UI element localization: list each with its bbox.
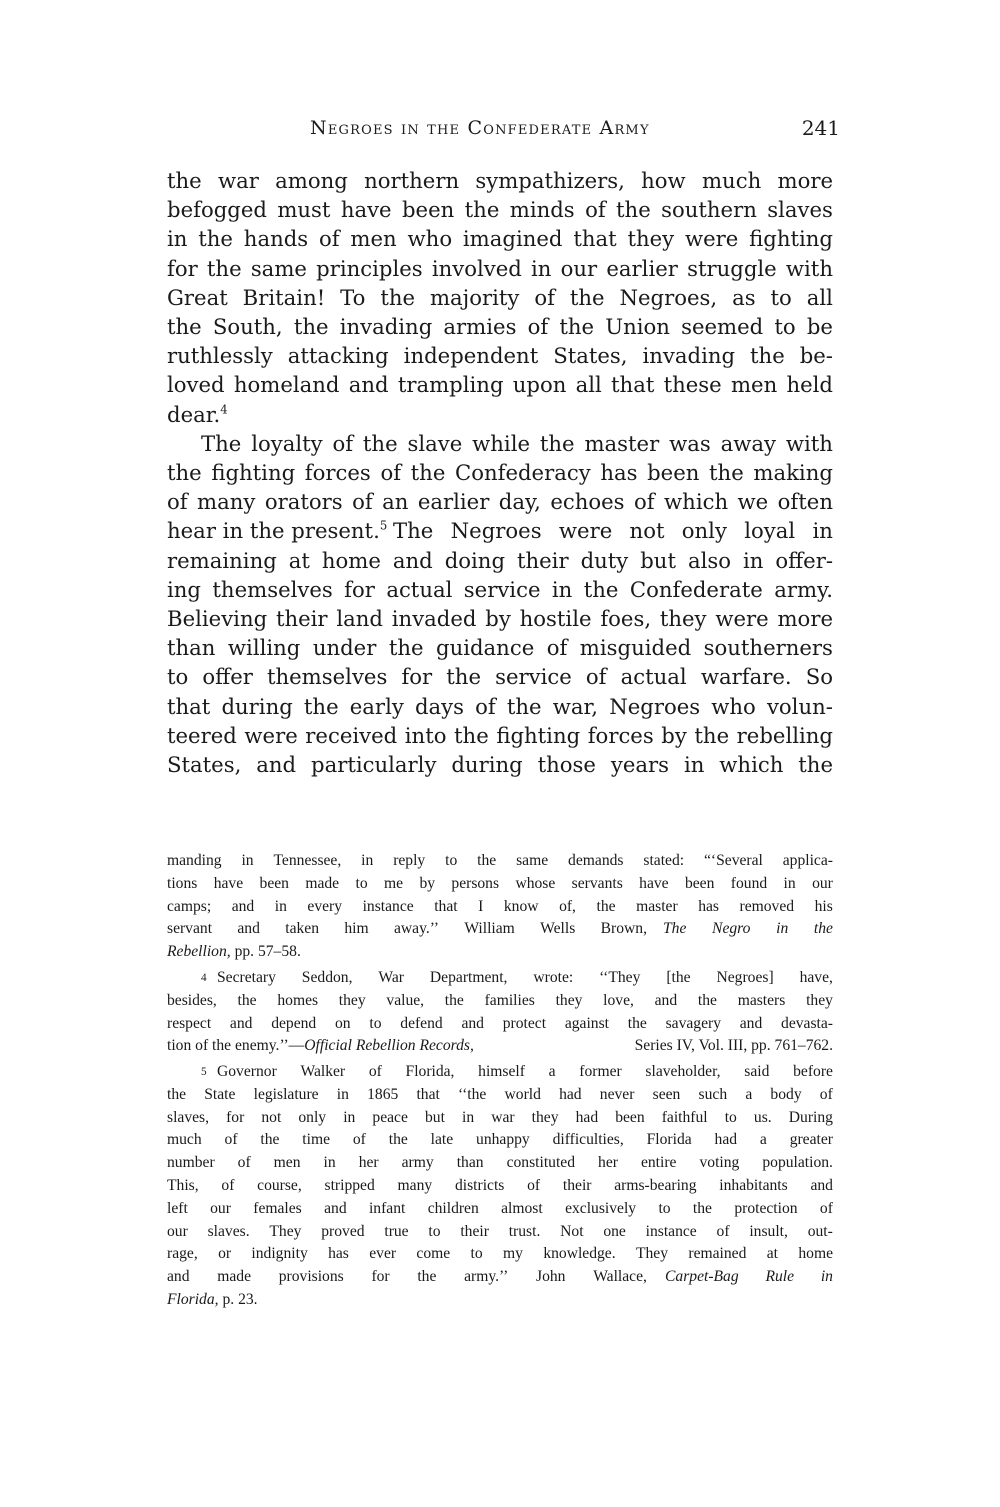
word: course, xyxy=(257,1175,302,1198)
footnote-number: 5 xyxy=(201,1066,207,1078)
word: the xyxy=(167,166,202,195)
word: in xyxy=(241,850,253,873)
word: the xyxy=(363,429,398,458)
body-line: forthesameprinciplesinvolvedinourearlier… xyxy=(167,254,833,283)
word: in xyxy=(776,918,788,941)
word: were xyxy=(244,721,297,750)
word: for xyxy=(344,575,375,604)
body-line: teeredwerereceivedintothefightingforcesb… xyxy=(167,721,833,750)
word: guidance xyxy=(436,633,534,662)
word: in xyxy=(531,254,551,283)
word: tions xyxy=(167,873,197,896)
word: slaves xyxy=(767,195,833,224)
word: forces xyxy=(588,721,654,750)
word: provisions xyxy=(279,1266,344,1289)
word: all xyxy=(576,370,602,399)
word: sympathizers, xyxy=(475,166,625,195)
word: with xyxy=(786,429,833,458)
word: our xyxy=(210,1198,231,1221)
footnote-ref-5[interactable]: 5 xyxy=(380,519,387,533)
word: for xyxy=(167,254,198,283)
word: away xyxy=(721,429,776,458)
word: indignity xyxy=(251,1243,307,1266)
word: their xyxy=(563,1175,592,1198)
word: seen xyxy=(653,1084,681,1107)
footnote-line: tion of the enemy.’’—Official Rebellion … xyxy=(167,1035,833,1058)
footnote-line: servantandtakenhimaway.’’WilliamWellsBro… xyxy=(167,918,833,941)
word: manding xyxy=(167,850,222,873)
word: by xyxy=(419,873,435,896)
word: misguided xyxy=(580,633,691,662)
word: us. xyxy=(754,1107,772,1130)
word: their xyxy=(460,1221,489,1244)
word: slaves. xyxy=(208,1221,250,1244)
word: females xyxy=(253,1198,302,1221)
running-title: Negroes in the Confederate Army xyxy=(310,117,650,139)
word: in xyxy=(324,1152,336,1175)
word: legislature xyxy=(254,1084,319,1107)
word: held xyxy=(786,370,833,399)
word: protection xyxy=(734,1198,797,1221)
word: but xyxy=(425,1107,445,1130)
body-line: dear.4 xyxy=(167,400,833,429)
word: of xyxy=(319,224,340,253)
word: and xyxy=(237,918,260,941)
body-text-fragment: dear. xyxy=(167,402,220,427)
word: devasta- xyxy=(781,1013,833,1036)
word: many xyxy=(398,1175,433,1198)
word: him xyxy=(344,918,368,941)
word: but xyxy=(640,546,676,575)
word: the xyxy=(389,633,424,662)
word: southerners xyxy=(704,633,833,662)
word: that xyxy=(167,692,210,721)
word: out- xyxy=(808,1221,833,1244)
word: rebelling xyxy=(737,721,833,750)
word: population. xyxy=(762,1152,833,1175)
word: of xyxy=(475,692,496,721)
word: themselves xyxy=(267,662,387,691)
word: her xyxy=(598,1152,618,1175)
word: army. xyxy=(774,575,833,604)
word: southern xyxy=(661,195,757,224)
word: respect xyxy=(167,1013,211,1036)
word: know xyxy=(504,896,539,919)
word: only xyxy=(682,516,727,545)
word: service xyxy=(495,662,572,691)
word: who xyxy=(711,692,756,721)
running-head: Negroes in the Confederate Army 241 xyxy=(310,117,840,147)
footnote-line: SecretarySeddon,WarDepartment,wrote:‘‘Th… xyxy=(217,967,833,990)
word: servants xyxy=(572,873,623,896)
word: So xyxy=(806,662,833,691)
word: my xyxy=(503,1243,523,1266)
word: against xyxy=(565,1013,609,1036)
word: Florida, xyxy=(406,1061,455,1084)
word: [the xyxy=(666,967,690,990)
word: Rule xyxy=(765,1266,794,1289)
word: master xyxy=(636,896,678,919)
footnote-line: mandinginTennessee,inreplytothesamedeman… xyxy=(167,850,833,873)
word: their xyxy=(517,546,569,575)
word: with xyxy=(786,254,833,283)
word: that xyxy=(434,896,457,919)
word: During xyxy=(789,1107,833,1130)
word: the xyxy=(389,1129,408,1152)
word: instance xyxy=(363,896,414,919)
word: army.’’ xyxy=(464,1266,508,1289)
word: into xyxy=(405,721,447,750)
word: remained xyxy=(688,1243,746,1266)
word: and xyxy=(810,1175,833,1198)
word: Not xyxy=(560,1221,583,1244)
word: been xyxy=(615,1107,644,1130)
word: of xyxy=(167,487,188,516)
word: been xyxy=(260,873,289,896)
word: his xyxy=(815,896,833,919)
word: of xyxy=(820,1084,833,1107)
word: former xyxy=(579,1061,621,1084)
word: greater xyxy=(790,1129,833,1152)
body-line: theSouth,theinvadingarmiesoftheUnionseem… xyxy=(167,312,833,341)
footnote-ref-4[interactable]: 4 xyxy=(220,402,227,416)
word: more xyxy=(777,604,833,633)
word: value, xyxy=(386,990,424,1013)
word: the xyxy=(304,692,339,721)
word: the xyxy=(798,750,833,779)
word: the xyxy=(584,575,619,604)
word: of xyxy=(547,633,568,662)
word: by xyxy=(485,604,511,633)
word: arms-bearing xyxy=(614,1175,696,1198)
word: ‘‘They xyxy=(599,967,640,990)
word: and xyxy=(230,1013,253,1036)
footnote-line: respectanddependontodefendandprotectagai… xyxy=(167,1013,833,1036)
body-line: GreatBritain!TothemajorityoftheNegroes,a… xyxy=(167,283,833,312)
word: to xyxy=(428,1221,440,1244)
word: master xyxy=(584,429,659,458)
word: or xyxy=(218,1243,231,1266)
word: and xyxy=(167,1266,190,1289)
word: himself xyxy=(478,1061,525,1084)
word: wrote: xyxy=(533,967,573,990)
word: the xyxy=(465,195,500,224)
word: invaded xyxy=(392,604,477,633)
word: duty xyxy=(581,546,629,575)
word: States, xyxy=(167,750,241,779)
word: the xyxy=(380,283,415,312)
word: knowledge. xyxy=(543,1243,615,1266)
word: come xyxy=(416,1243,450,1266)
word: the xyxy=(207,254,242,283)
word: fighting xyxy=(211,458,295,487)
word: remaining xyxy=(167,546,277,575)
word: taken xyxy=(285,918,319,941)
word: a xyxy=(745,1084,752,1107)
word: while xyxy=(472,429,530,458)
word: during xyxy=(451,750,522,779)
word: the xyxy=(698,990,717,1013)
word: teered xyxy=(167,721,237,750)
word: of xyxy=(369,1061,382,1084)
word: of xyxy=(585,195,606,224)
footnote-line: tionshavebeenmadetomebypersonswhoseserva… xyxy=(167,873,833,896)
word: and xyxy=(232,896,255,919)
word: willing xyxy=(228,633,300,662)
word: of xyxy=(225,1129,238,1152)
word: had xyxy=(715,1129,738,1152)
page-number: 241 xyxy=(802,116,840,140)
word: to xyxy=(771,283,792,312)
book-title: Florida, xyxy=(167,1291,219,1308)
word: Carpet-Bag xyxy=(665,1266,739,1289)
word: and xyxy=(324,1198,347,1221)
word: more xyxy=(777,166,833,195)
word: defend xyxy=(400,1013,442,1036)
word: years xyxy=(611,750,669,779)
word: the xyxy=(596,896,615,919)
body-line: hear in the present.5 TheNegroeswerenoto… xyxy=(167,516,833,545)
word: Wallace, xyxy=(593,1266,647,1289)
footnote-line: theStatelegislaturein1865that‘‘theworldh… xyxy=(167,1084,833,1107)
word: of xyxy=(528,312,549,341)
word: the xyxy=(628,1013,647,1036)
body-line: Believingtheirlandinvadedbyhostilefoes,t… xyxy=(167,604,833,633)
body-line: ruthlesslyattackingindependentStates,inv… xyxy=(167,341,833,370)
word: were xyxy=(685,224,738,253)
word: the xyxy=(260,1129,279,1152)
word: persons xyxy=(451,873,499,896)
word: South, xyxy=(213,312,283,341)
word: to xyxy=(658,1198,670,1221)
word: actual xyxy=(386,575,452,604)
footnote-line: ourslaves.Theyprovedtruetotheirtrust.Not… xyxy=(167,1221,833,1244)
word: doing xyxy=(445,546,505,575)
word: often xyxy=(778,487,833,516)
word: This, xyxy=(167,1175,199,1198)
word: I xyxy=(478,896,483,919)
word: in xyxy=(684,750,704,779)
body-line: ofmanyoratorsofanearlierday,echoesofwhic… xyxy=(167,487,833,516)
page-range: pp. 57–58. xyxy=(235,943,301,960)
body-line: toofferthemselvesfortheserviceofactualwa… xyxy=(167,662,833,691)
word: in xyxy=(812,516,832,545)
word: their xyxy=(276,604,328,633)
word: late xyxy=(431,1129,454,1152)
word: armies xyxy=(443,312,516,341)
footnote-line: slaves,fornotonlyinpeacebutinwartheyhadb… xyxy=(167,1107,833,1130)
word: War xyxy=(378,967,404,990)
word: have xyxy=(341,195,392,224)
word: the xyxy=(570,283,605,312)
word: State xyxy=(204,1084,235,1107)
word: much xyxy=(167,1129,202,1152)
word: they xyxy=(556,990,583,1013)
word: and xyxy=(349,370,389,399)
word: Walker xyxy=(300,1061,345,1084)
word: insult, xyxy=(749,1221,788,1244)
word: loyal xyxy=(744,516,795,545)
word: the xyxy=(167,1084,186,1107)
word: servant xyxy=(167,918,212,941)
word: masters xyxy=(738,990,786,1013)
word: in xyxy=(462,1107,474,1130)
word: and xyxy=(461,1013,484,1036)
word: entire xyxy=(641,1152,677,1175)
word: offer- xyxy=(775,546,833,575)
word: The xyxy=(663,918,686,941)
word: by xyxy=(661,721,687,750)
word: ever xyxy=(369,1243,396,1266)
word: have, xyxy=(800,967,833,990)
word: Governor xyxy=(217,1061,277,1084)
word: these xyxy=(664,370,722,399)
word: the xyxy=(693,1198,712,1221)
body-text-fragment: hear in the present.5 xyxy=(167,516,387,545)
word: they xyxy=(339,990,366,1013)
word: of xyxy=(717,1221,730,1244)
word: a xyxy=(549,1061,556,1084)
word: difficulties, xyxy=(553,1129,624,1152)
word: and xyxy=(740,1013,763,1036)
word: that xyxy=(416,1084,439,1107)
word: away.’’ xyxy=(394,918,439,941)
word: fighting xyxy=(749,224,833,253)
word: war xyxy=(491,1107,514,1130)
word: Negroes xyxy=(609,692,700,721)
word: The xyxy=(393,516,433,545)
word: made xyxy=(217,1266,251,1289)
footnote-number: 4 xyxy=(201,972,207,984)
word: that xyxy=(611,370,654,399)
word: never xyxy=(600,1084,635,1107)
word: much xyxy=(702,166,761,195)
word: of xyxy=(820,1198,833,1221)
word: They xyxy=(269,1221,301,1244)
book-page: Negroes in the Confederate Army 241 thew… xyxy=(0,0,1000,1507)
word: slave xyxy=(407,429,462,458)
word: inhabitants xyxy=(719,1175,787,1198)
word: the xyxy=(477,850,496,873)
word: to xyxy=(471,1243,483,1266)
word: Negroes] xyxy=(717,967,774,990)
word: depend xyxy=(271,1013,316,1036)
word: instance xyxy=(646,1221,697,1244)
word: “‘Several xyxy=(704,850,763,873)
word: at xyxy=(767,1243,778,1266)
word: trampling xyxy=(398,370,504,399)
word: Brown, xyxy=(601,918,647,941)
word: men xyxy=(731,370,777,399)
book-title: Rebellion, xyxy=(167,943,231,960)
word: on xyxy=(335,1013,351,1036)
book-title: Carpet-BagRulein xyxy=(665,1266,833,1289)
word: which xyxy=(664,487,728,516)
word: to xyxy=(369,1013,381,1036)
body-line: inthehandsofmenwhoimaginedthattheywerefi… xyxy=(167,224,833,253)
word: attacking xyxy=(288,341,389,370)
word: of xyxy=(534,283,555,312)
word: also xyxy=(688,546,731,575)
word: involved xyxy=(432,254,522,283)
word: fighting xyxy=(496,721,580,750)
word: Believing xyxy=(167,604,267,633)
body-line: thefightingforcesoftheConfederacyhasbeen… xyxy=(167,458,833,487)
word: of xyxy=(352,487,373,516)
word: orators xyxy=(265,487,343,516)
word: time xyxy=(302,1129,330,1152)
book-title: TheNegrointhe xyxy=(663,918,833,941)
word: must xyxy=(277,195,330,224)
word: of xyxy=(586,662,607,691)
word: same xyxy=(251,254,307,283)
word: befogged xyxy=(167,195,267,224)
body-line: thatduringtheearlydaysofthewar,Negroeswh… xyxy=(167,692,833,721)
word: in xyxy=(275,896,287,919)
word: same xyxy=(516,850,548,873)
word: during xyxy=(221,692,292,721)
word: all xyxy=(807,283,833,312)
word: 1865 xyxy=(367,1084,398,1107)
word: be- xyxy=(800,341,833,370)
word: in xyxy=(361,850,373,873)
word: slaveholder, xyxy=(645,1061,720,1084)
word: the xyxy=(445,990,464,1013)
word: struggle xyxy=(687,254,777,283)
paragraph-start: Theloyaltyoftheslavewhilethemasterwasawa… xyxy=(201,429,833,458)
word: To xyxy=(340,283,365,312)
word: such xyxy=(699,1084,728,1107)
word: that xyxy=(573,224,616,253)
word: been xyxy=(402,195,454,224)
word: service xyxy=(464,575,541,604)
footnote-line: muchofthetimeofthelateunhappydifficultie… xyxy=(167,1129,833,1152)
word: foes, xyxy=(600,604,651,633)
word: Britain! xyxy=(243,283,326,312)
word: our xyxy=(812,873,833,896)
word: they xyxy=(532,1107,559,1130)
word: imagined xyxy=(463,224,563,253)
word: has xyxy=(328,1243,349,1266)
word: besides, xyxy=(167,990,217,1013)
word: found xyxy=(731,873,767,896)
word: echoes xyxy=(550,487,624,516)
word: ruthlessly xyxy=(167,341,273,370)
word: the xyxy=(694,721,729,750)
word: voting xyxy=(699,1152,739,1175)
word: we xyxy=(738,487,769,516)
word: of xyxy=(634,487,655,516)
word: minds xyxy=(510,195,575,224)
word: were xyxy=(559,516,612,545)
word: whose xyxy=(515,873,555,896)
word: was xyxy=(669,429,711,458)
word: our xyxy=(561,254,598,283)
word: protect xyxy=(503,1013,546,1036)
footnote-line: leftourfemalesandinfantchildrenalmostexc… xyxy=(167,1198,833,1221)
footnote-line: numberofmeninherarmythanconstitutedheren… xyxy=(167,1152,833,1175)
word: Department, xyxy=(430,967,508,990)
word: were xyxy=(715,604,768,633)
word: volun- xyxy=(767,692,833,721)
footnote-fragment: tion of the enemy.’’—Official Rebellion … xyxy=(167,1035,474,1058)
word: Union xyxy=(605,312,670,341)
body-line: remainingathomeanddoingtheirdutybutalsoi… xyxy=(167,546,833,575)
word: forces xyxy=(305,458,371,487)
word: invading xyxy=(340,312,433,341)
word: been xyxy=(685,873,714,896)
word: upon xyxy=(513,370,567,399)
